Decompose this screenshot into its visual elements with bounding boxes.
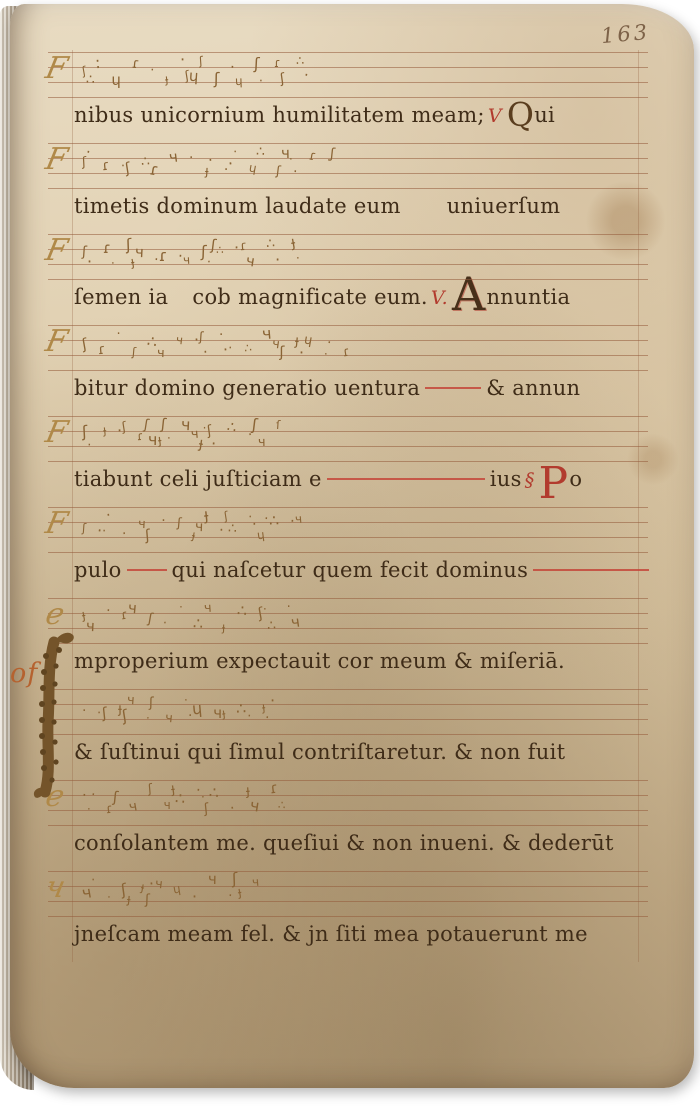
neume: · (161, 514, 165, 528)
neume: ч (294, 512, 302, 527)
neume: ч (195, 520, 204, 534)
neume: ɥ (303, 333, 314, 348)
neume: ɟ (222, 620, 226, 634)
chant-text: jneſcam meam fel. & jn ſiti mea potaueru… (74, 922, 588, 946)
neume: ʃ (251, 418, 258, 433)
neume: ʃ (214, 72, 220, 86)
neume: · (191, 890, 197, 904)
neume: ɥ (235, 74, 243, 88)
music-text-system: Fʃ·ɾ·ʃɟч·ɾ·чʃ·ʃ∴·ɾч∴·ɟ·ſemen iacob magni… (40, 234, 670, 325)
neume: ∴ (140, 155, 150, 170)
neume: ʃ (120, 709, 127, 724)
chant-text-line: conſolantem me. queſiui & non inueni. & … (74, 831, 670, 867)
chant-text: ius (490, 467, 522, 491)
neume: : (94, 56, 101, 70)
neume: · (211, 437, 217, 451)
chant-text: cob magnificate eum. (192, 285, 428, 309)
neume: · (269, 694, 274, 708)
neume: · (219, 523, 224, 537)
neume: ɟ (203, 508, 209, 522)
neume: ч (183, 253, 191, 267)
neume: ч (164, 712, 173, 727)
neume: ʃ (330, 147, 336, 161)
neume: · (293, 165, 298, 179)
neume-row: ʃ·ɟ·ʃɾʃчɟʃ·ччɟ·ʃ·∴·ʃчſ (82, 424, 281, 443)
clef-letter: F (43, 236, 70, 266)
music-text-system: Fʃ·ɟ·ʃɾʃчɟʃ·ччɟ·ʃ·∴·ʃчſtiabunt celi juſt… (40, 416, 670, 507)
neume: · (228, 342, 234, 356)
clef-letter: F (43, 509, 70, 539)
chant-text-line: nibus unicornium humilitatem meam;VQui (74, 103, 670, 139)
neume: · (208, 153, 214, 167)
neume: ʃ (131, 345, 136, 359)
neume: ɟ (221, 706, 226, 720)
neume: ∴ (269, 514, 280, 528)
neume: · (116, 328, 120, 342)
neume: ч (127, 601, 137, 616)
neume-row: ч··ʃɟɟʃ·чɥ·ч·ʃɟч (82, 879, 259, 898)
neume: ſ (276, 418, 281, 432)
neume: · (82, 704, 87, 718)
neume: ɾ (101, 159, 110, 174)
neume: · (229, 801, 236, 816)
neume: ʃ (204, 802, 210, 816)
staff: чч··ʃɟɟʃ·чɥ·ч·ʃɟч (48, 871, 648, 918)
illuminated-initial: P (539, 458, 569, 509)
chant-text: conſolantem me. queſiui & non inueni. & … (74, 831, 614, 855)
neume: · (102, 525, 106, 539)
staff: ···ʃɟʃч·ʃч··ɥчɟ∴·ɟ·· (48, 689, 648, 736)
neume-row: ʃ····чʃ·ʃɟчɟ·ʃ∴··ɥ·∴·ч (82, 515, 302, 534)
neume: · (203, 345, 209, 359)
neume: · (163, 617, 169, 631)
music-text-system: Fʃ∴:ɥɾ·ɟ·ʃɥʃʃ·ɥʃ·ɾʃ∴·nibus unicornium hu… (40, 52, 670, 143)
neume: ч (203, 602, 212, 617)
neume-row: ʃ·ɾ·ʃ∴ɾч·ɟ····ɥ∴ʃч··ɾ·ʃ (82, 151, 335, 170)
neume: · (85, 145, 92, 160)
neume: · (245, 710, 252, 725)
neume: · (183, 693, 189, 707)
neume: ʃ (232, 872, 238, 886)
neume: ʃ (82, 521, 87, 535)
neume: ч (157, 347, 165, 361)
neume: ∴ (86, 73, 96, 87)
clef-letter: F (43, 145, 70, 175)
staff: eɟч·ɾчʃ··∴чɟ∴ʃ·∴·ч (48, 598, 648, 645)
staff: Fʃɾ·ʃ∴чч·ʃ····∴ччʃɟ·ɥ··ɾ (48, 325, 648, 372)
music-text-system: e···ɾʃчʃчɟ∴··ʃ∴·ɟчɾ∴conſolantem me. queſ… (40, 780, 670, 871)
neume-row: ···ɾʃчʃчɟ∴··ʃ∴·ɟчɾ∴ (82, 788, 286, 807)
neume: ʃ (81, 337, 88, 352)
neume-row: ··ʃɟʃч·ʃч··ɥчɟ∴·ɟ·· (82, 697, 275, 716)
neume: · (258, 75, 263, 89)
staff: Fʃ·ɾ·ʃ∴ɾч·ɟ····ɥ∴ʃч··ɾ·ʃ (48, 143, 648, 190)
neume: ɾ (149, 162, 160, 177)
neume: ч (262, 327, 273, 342)
neume: · (303, 68, 310, 83)
neume: · (229, 60, 235, 74)
neume: ɟ (236, 886, 242, 900)
neume: · (122, 527, 127, 541)
neume: ɟ (126, 893, 131, 907)
chant-text: uniuerſum (447, 194, 561, 218)
neume: · (275, 253, 282, 267)
neume: ч (85, 619, 95, 633)
neume: ʃ (253, 57, 259, 71)
neume: ɾ (103, 241, 111, 255)
chant-text-line: puloqui naſcetur quem fecit dominus (74, 558, 670, 594)
neume: ɾ (342, 346, 351, 361)
neume: ∴ (278, 798, 287, 813)
staff: Fʃ·ɾ·ʃɟч·ɾ·чʃ·ʃ∴·ɾч∴·ɟ· (48, 234, 648, 281)
neume: ʃ (161, 417, 167, 431)
neume: ∴ (193, 617, 204, 632)
music-text-system: чч··ʃɟɟʃ·чɥ·ч·ʃɟчjneſcam meam fel. & jn … (40, 871, 670, 962)
neume-row: ʃ·ɾ·ʃɟч·ɾ·чʃ·ʃ∴·ɾч∴·ɟ· (82, 242, 299, 261)
red-filler-line (127, 569, 167, 571)
neume: ʃ (101, 706, 107, 720)
neume: · (105, 604, 111, 618)
versus-mark: V. (431, 287, 448, 309)
systems: Fʃ∴:ɥɾ·ɟ·ʃɥʃʃ·ɥʃ·ɾʃ∴·nibus unicornium hu… (40, 52, 670, 962)
red-filler-line (327, 478, 485, 480)
chant-text-line: & ſuſtinui qui ſimul contriſtaretur. & n… (74, 740, 670, 776)
page-number: 163 (600, 20, 651, 48)
neume: · (86, 255, 92, 269)
clef-letter: ч (43, 873, 68, 903)
neume: ∴ (146, 334, 158, 350)
chant-text: ſemen ia (74, 285, 168, 309)
chant-text: pulo (74, 558, 122, 582)
neume: ∴ (174, 792, 185, 807)
chant-text: & ſuſtinui qui ſimul contriſtaretur. & n… (74, 740, 565, 764)
neume: ɾ (97, 343, 106, 358)
chant-text-line: mproperium expectauit cor meum & miſeriā… (74, 649, 670, 685)
chant-text-line: timetis dominum laudate eumuniuerſum (74, 194, 670, 230)
neume: ʃ (112, 790, 118, 804)
chant-text: & annun (486, 376, 580, 400)
neume: · (86, 802, 91, 816)
neume: ɾ (308, 150, 317, 165)
neume: ɟ (290, 235, 297, 250)
neume: ɟ (165, 72, 170, 86)
decorated-initial-I (32, 626, 76, 806)
staff: Fʃ····чʃ·ʃɟчɟ·ʃ∴··ɥ·∴·ч (48, 507, 648, 554)
neume: ʃ (145, 893, 150, 907)
neume: ʃ (148, 783, 154, 797)
neume: · (233, 146, 238, 160)
staff: e···ɾʃчʃчɟ∴··ʃ∴·ɟчɾ∴ (48, 780, 648, 827)
music-text-system: Fʃ·ɾ·ʃ∴ɾч·ɟ····ɥ∴ʃч··ɾ·ʃtimetis dominum … (40, 143, 670, 234)
neume: ∴ (256, 145, 265, 159)
neume: ∴ (242, 340, 252, 355)
neume: · (189, 151, 194, 165)
neume: ɥ (111, 73, 121, 87)
clef-letter: F (43, 54, 70, 84)
neume: · (295, 251, 300, 265)
neume: ɟ (157, 434, 162, 448)
neume: · (262, 602, 267, 616)
chant-text: o (569, 467, 582, 491)
staff: Fʃ·ɟ·ʃɾʃчɟʃ·ччɟ·ʃ·∴·ʃчſ (48, 416, 648, 463)
neume-row: ʃɾ·ʃ∴чч·ʃ····∴ччʃɟ·ɥ··ɾ (82, 333, 350, 352)
neume: ч (126, 694, 135, 709)
neume: ч (208, 872, 217, 886)
neume: · (327, 336, 333, 350)
staff: Fʃ∴:ɥɾ·ɟ·ʃɥʃʃ·ɥʃ·ɾʃ∴· (48, 52, 648, 99)
chant-text: mproperium expectauit cor meum & miſeriā… (74, 649, 565, 673)
music-text-system: ···ʃɟʃч·ʃч··ɥчɟ∴·ɟ··& ſuſtinui qui ſimul… (40, 689, 670, 780)
chant-text: ui (534, 103, 555, 127)
neume: ч (164, 798, 171, 812)
neume-row: ʃ∴:ɥɾ·ɟ·ʃɥʃʃ·ɥʃ·ɾʃ∴· (82, 60, 309, 79)
neume: ɾ (159, 249, 167, 263)
chant-text-line: bitur domino generatio uentura& annun (74, 376, 670, 412)
chant-text: bitur domino generatio uentura (74, 376, 420, 400)
chant-text: timetis dominum laudate eum (74, 194, 401, 218)
neume: ∴ (236, 702, 247, 717)
music-text-system: eɟч·ɾчʃ··∴чɟ∴ʃ·∴·чmproperium expectauit … (40, 598, 670, 689)
music-text-system: Fʃɾ·ʃ∴чч·ʃ····∴ччʃɟ·ɥ··ɾbitur domino gen… (40, 325, 670, 416)
chant-text-line: jneſcam meam fel. & jn ſiti mea potaueru… (74, 922, 670, 958)
neume: ч (190, 428, 199, 443)
red-filler-line (533, 569, 649, 571)
neume: · (227, 889, 233, 903)
neume: ∴ (296, 55, 305, 69)
neume: ɥ (256, 528, 265, 543)
manuscript-page: 163 Fʃ∴:ɥɾ·ɟ·ʃɥʃʃ·ɥʃ·ɾʃ∴·nibus unicorniu… (10, 4, 694, 1088)
chant-text: nnuntia (486, 285, 570, 309)
neume: ч (290, 614, 301, 629)
neume: ʃ (147, 612, 154, 627)
neume: · (145, 711, 151, 725)
neume: ʃ (121, 421, 128, 436)
neume: ч (175, 333, 184, 348)
neume: · (149, 64, 156, 79)
neume: ʃ (125, 238, 131, 252)
neume: ʃ (279, 345, 284, 359)
neume: · (166, 431, 170, 445)
neume: ч (245, 253, 256, 268)
neume: · (178, 600, 182, 614)
neume: ∴ (216, 243, 224, 257)
neume: · (106, 890, 112, 904)
neume: ∴ (266, 619, 276, 634)
clef-letter: F (43, 327, 70, 357)
neume: ʃ (176, 517, 182, 531)
neume: ɟ (246, 784, 251, 798)
chant-text: qui naſcetur quem fecit dominus (172, 558, 529, 582)
neume-row: ɟч·ɾчʃ··∴чɟ∴ʃ·∴·ч (82, 606, 300, 625)
neume: · (206, 256, 212, 270)
neume: ʃ (198, 54, 203, 68)
neume: ∴ (226, 419, 238, 434)
neume: ч (252, 875, 260, 890)
neume: ʃ (275, 165, 281, 179)
neume: · (91, 874, 96, 888)
music-text-system: Fʃ····чʃ·ʃɟчɟ·ʃ∴··ɥ·∴·чpuloqui naſcetur … (40, 507, 670, 598)
neume: · (110, 256, 116, 270)
neume: ∴ (227, 522, 237, 537)
neume: ɾ (131, 57, 140, 72)
red-filler-line (425, 387, 481, 389)
neume: ɟ (102, 423, 107, 437)
neume: · (180, 53, 185, 67)
chant-text: tiabunt celi juſticiam e (74, 467, 322, 491)
neume: ∴ (236, 604, 248, 619)
neume: ч (249, 798, 261, 813)
neume: · (264, 711, 270, 725)
neume: ∴ (266, 237, 277, 252)
neume: ɾ (270, 781, 280, 796)
neume: ʃ (145, 528, 151, 542)
neume: ɥ (192, 702, 203, 717)
neume: · (86, 439, 93, 454)
versus-mark: V (488, 105, 502, 127)
illuminated-initial: Q (507, 95, 534, 134)
neume: ɥ (172, 881, 182, 896)
neume: ч (258, 436, 266, 450)
neume: ɥ (247, 160, 257, 175)
chant-text: nibus unicornium humilitatem meam; (74, 103, 485, 127)
neume: ч (168, 150, 179, 165)
neume: ∴ (208, 785, 220, 800)
versus-mark: § (525, 469, 535, 491)
neume: ʃ (149, 696, 154, 710)
neume: · (299, 346, 305, 360)
neume: · (90, 788, 97, 803)
clef-letter: F (43, 418, 70, 448)
neume: ʃ (280, 72, 287, 87)
neume: ɥ (189, 69, 199, 84)
chant-text-line: ſemen iacob magnificate eum.V.Annuntia (74, 285, 670, 321)
chant-text-line: tiabunt celi juſticiam eius§Po (74, 467, 670, 503)
neume: ч (154, 878, 163, 893)
neume: ʃ (82, 425, 88, 439)
neume: ч (134, 245, 144, 259)
neume: ɾ (239, 240, 247, 254)
neume: ч (128, 799, 139, 814)
neume: · (82, 788, 88, 802)
neume: · (105, 508, 111, 522)
neume: ɾ (274, 56, 280, 70)
